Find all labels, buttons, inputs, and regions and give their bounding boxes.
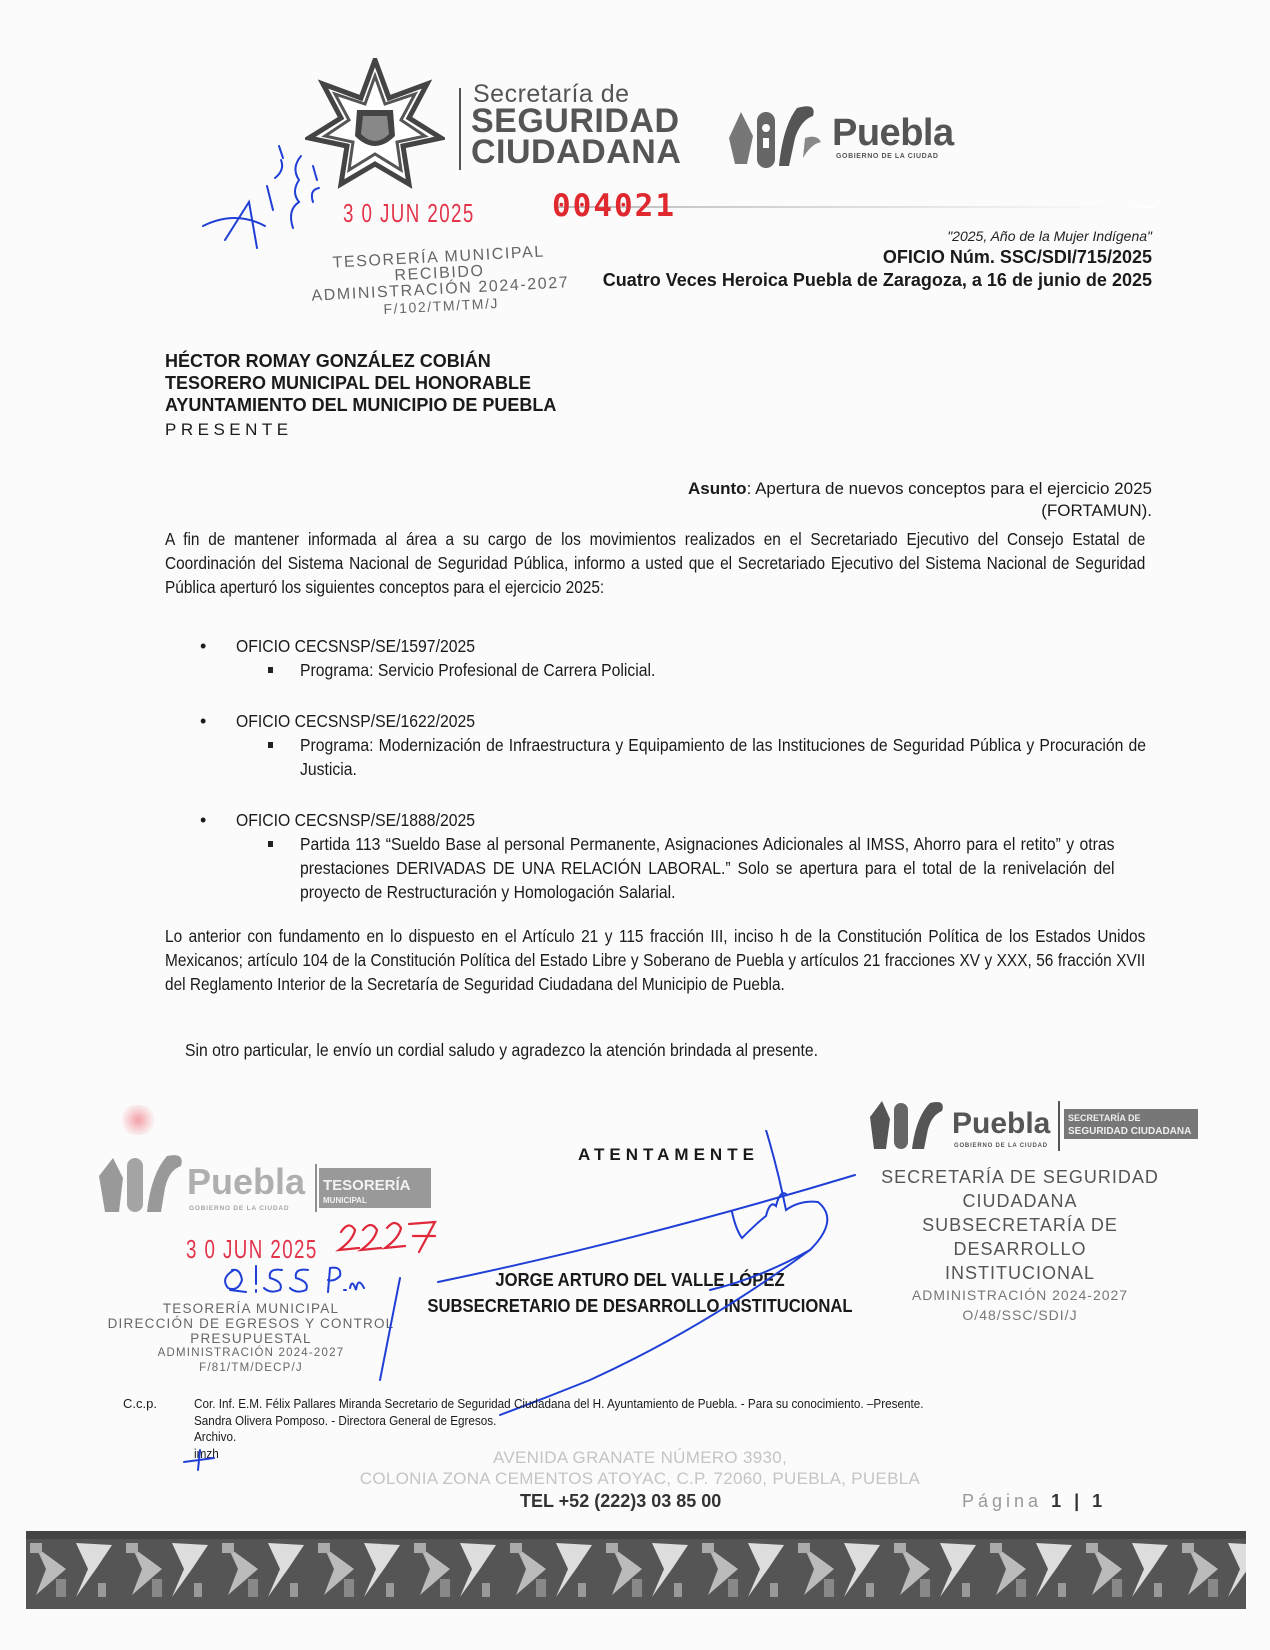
puebla-logo-text: Puebla — [832, 112, 954, 155]
list-item: OFICIO CECSNSP/SE/1597/2025 Programa: Se… — [200, 634, 1145, 682]
year-motto: "2025, Año de la Mujer Indígena" — [947, 228, 1152, 244]
folio-number-stamp: 004021 — [552, 188, 676, 224]
pattern-band-icon — [26, 1539, 1246, 1601]
oficio-number: OFICIO Núm. SSC/SDI/715/2025 — [883, 247, 1152, 268]
square-bullet-icon — [268, 742, 273, 748]
puebla-logo-subtitle: GOBIERNO DE LA CIUDAD — [836, 153, 939, 160]
tesoreria-date-stamp: 3 0 JUN 2025 — [186, 1234, 318, 1265]
legal-basis: Lo anterior con fundamento en lo dispues… — [165, 924, 1145, 996]
svg-text:GOBIERNO DE LA CIUDAD: GOBIERNO DE LA CIUDAD — [189, 1205, 289, 1212]
logo-divider — [459, 88, 461, 170]
addressee-name: HÉCTOR ROMAY GONZÁLEZ COBIÁN — [165, 350, 556, 372]
square-bullet-icon — [268, 841, 273, 847]
svg-text:Puebla: Puebla — [187, 1161, 306, 1202]
place-date: Cuatro Veces Heroica Puebla de Zaragoza,… — [603, 270, 1152, 291]
footer-phone: TEL +52 (222)3 03 85 00 — [520, 1491, 721, 1512]
list-item: OFICIO CECSNSP/SE/1888/2025 Partida 113 … — [200, 808, 1145, 904]
handwritten-cross-icon — [180, 1448, 220, 1472]
decorative-footer-band — [26, 1531, 1246, 1609]
svg-text:GOBIERNO DE LA CIUDAD: GOBIERNO DE LA CIUDAD — [954, 1143, 1048, 1149]
puebla-emblem-icon — [725, 98, 825, 170]
received-stamp: TESORERÍA MUNICIPAL RECIBIDO ADMINISTRAC… — [299, 243, 582, 322]
svg-text:SECRETARÍA DE: SECRETARÍA DE — [1068, 1113, 1141, 1123]
square-bullet-icon — [268, 667, 273, 673]
addressee-position: TESORERO MUNICIPAL DEL HONORABLE — [165, 372, 556, 394]
signature-scribble-icon — [340, 1130, 900, 1420]
addressee-block: HÉCTOR ROMAY GONZÁLEZ COBIÁN TESORERO MU… — [165, 350, 556, 416]
ssc-stamp-logo: Puebla GOBIERNO DE LA CIUDAD SECRETARÍA … — [860, 1097, 1200, 1153]
red-ink-smudge — [118, 1105, 158, 1135]
handwritten-initials-icon — [195, 140, 345, 260]
subject-text: : Apertura de nuevos conceptos para el e… — [747, 479, 1152, 520]
received-date-stamp: 3 0 JUN 2025 — [343, 198, 475, 229]
subject-line: Asunto: Apertura de nuevos conceptos par… — [592, 478, 1152, 522]
svg-text:SEGURIDAD CIUDADANA: SEGURIDAD CIUDADANA — [1068, 1126, 1191, 1137]
list-item: OFICIO CECSNSP/SE/1622/2025 Programa: Mo… — [200, 709, 1145, 781]
closing-line: Sin otro particular, le envío un cordial… — [185, 1038, 1085, 1062]
concepts-list: OFICIO CECSNSP/SE/1597/2025 Programa: Se… — [200, 634, 1145, 931]
subject-label: Asunto — [688, 479, 747, 498]
footer-address: AVENIDA GRANATE NÚMERO 3930, COLONIA ZON… — [290, 1447, 990, 1489]
page-indicator: Página 1 | 1 — [962, 1491, 1106, 1512]
body-intro: A fin de mantener informada al área a su… — [165, 527, 1145, 599]
addressee-position-2: AYUNTAMIENTO DEL MUNICIPIO DE PUEBLA — [165, 394, 556, 416]
presente-label: PRESENTE — [165, 420, 293, 440]
ssc-logo-title: SEGURIDAD CIUDADANA — [471, 106, 681, 168]
svg-text:Puebla: Puebla — [952, 1107, 1051, 1140]
ccp-label: C.c.p. — [123, 1396, 157, 1411]
